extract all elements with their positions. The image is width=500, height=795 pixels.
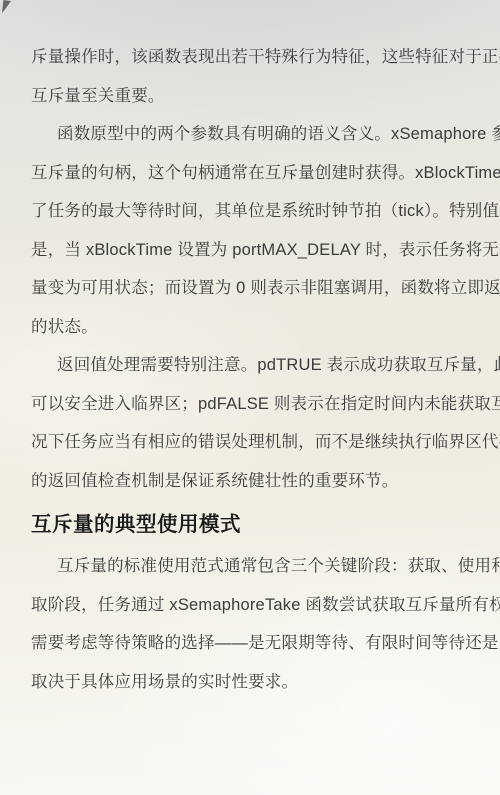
page-corner-mark	[2, 0, 11, 13]
text-line: 取阶段，任务通过 xSemaphoreTake 函数尝试获取互斥量所有权。这个阶…	[31, 586, 488, 625]
document-content: 斥量操作时，该函数表现出若干特殊行为特征，这些特征对于正确理解和使用 互斥量至关…	[31, 38, 488, 701]
text-line: 需要考虑等待策略的选择——是无限期等待、有限时间等待还是立即返回，这	[31, 624, 488, 663]
text-line: 的返回值检查机制是保证系统健壮性的重要环节。	[31, 462, 488, 501]
text-line: 斥量操作时，该函数表现出若干特殊行为特征，这些特征对于正确理解和使用	[31, 38, 488, 77]
text-line: 的状态。	[31, 308, 488, 347]
text-line: 况下任务应当有相应的错误处理机制，而不是继续执行临界区代码。这种显式	[31, 423, 488, 462]
text-line: 返回值处理需要特别注意。pdTRUE 表示成功获取互斥量，此时调用任务	[31, 346, 488, 385]
text-line: 量变为可用状态；而设置为 0 则表示非阻塞调用，函数将立即返回当前互斥量	[31, 269, 488, 308]
text-line: 互斥量的句柄，这个句柄通常在互斥量创建时获得。xBlockTime 参数则定义	[31, 154, 488, 193]
text-line: 互斥量至关重要。	[31, 77, 488, 116]
text-line: 取决于具体应用场景的实时性要求。	[31, 663, 488, 702]
text-line: 可以安全进入临界区；pdFALSE 则表示在指定时间内未能获取互斥量，这种情	[31, 385, 488, 424]
text-line: 是，当 xBlockTime 设置为 portMAX_DELAY 时，表示任务将…	[31, 231, 488, 270]
text-line: 互斥量的标准使用范式通常包含三个关键阶段：获取、使用和释放。在获	[31, 547, 488, 586]
text-line: 函数原型中的两个参数具有明确的语义含义。xSemaphore 参数指定目标	[31, 115, 488, 154]
section-heading: 互斥量的典型使用模式	[31, 503, 488, 547]
text-line: 了任务的最大等待时间，其单位是系统时钟节拍（tick）。特别值得注意的	[31, 192, 488, 231]
document-page: 斥量操作时，该函数表现出若干特殊行为特征，这些特征对于正确理解和使用 互斥量至关…	[0, 0, 500, 795]
